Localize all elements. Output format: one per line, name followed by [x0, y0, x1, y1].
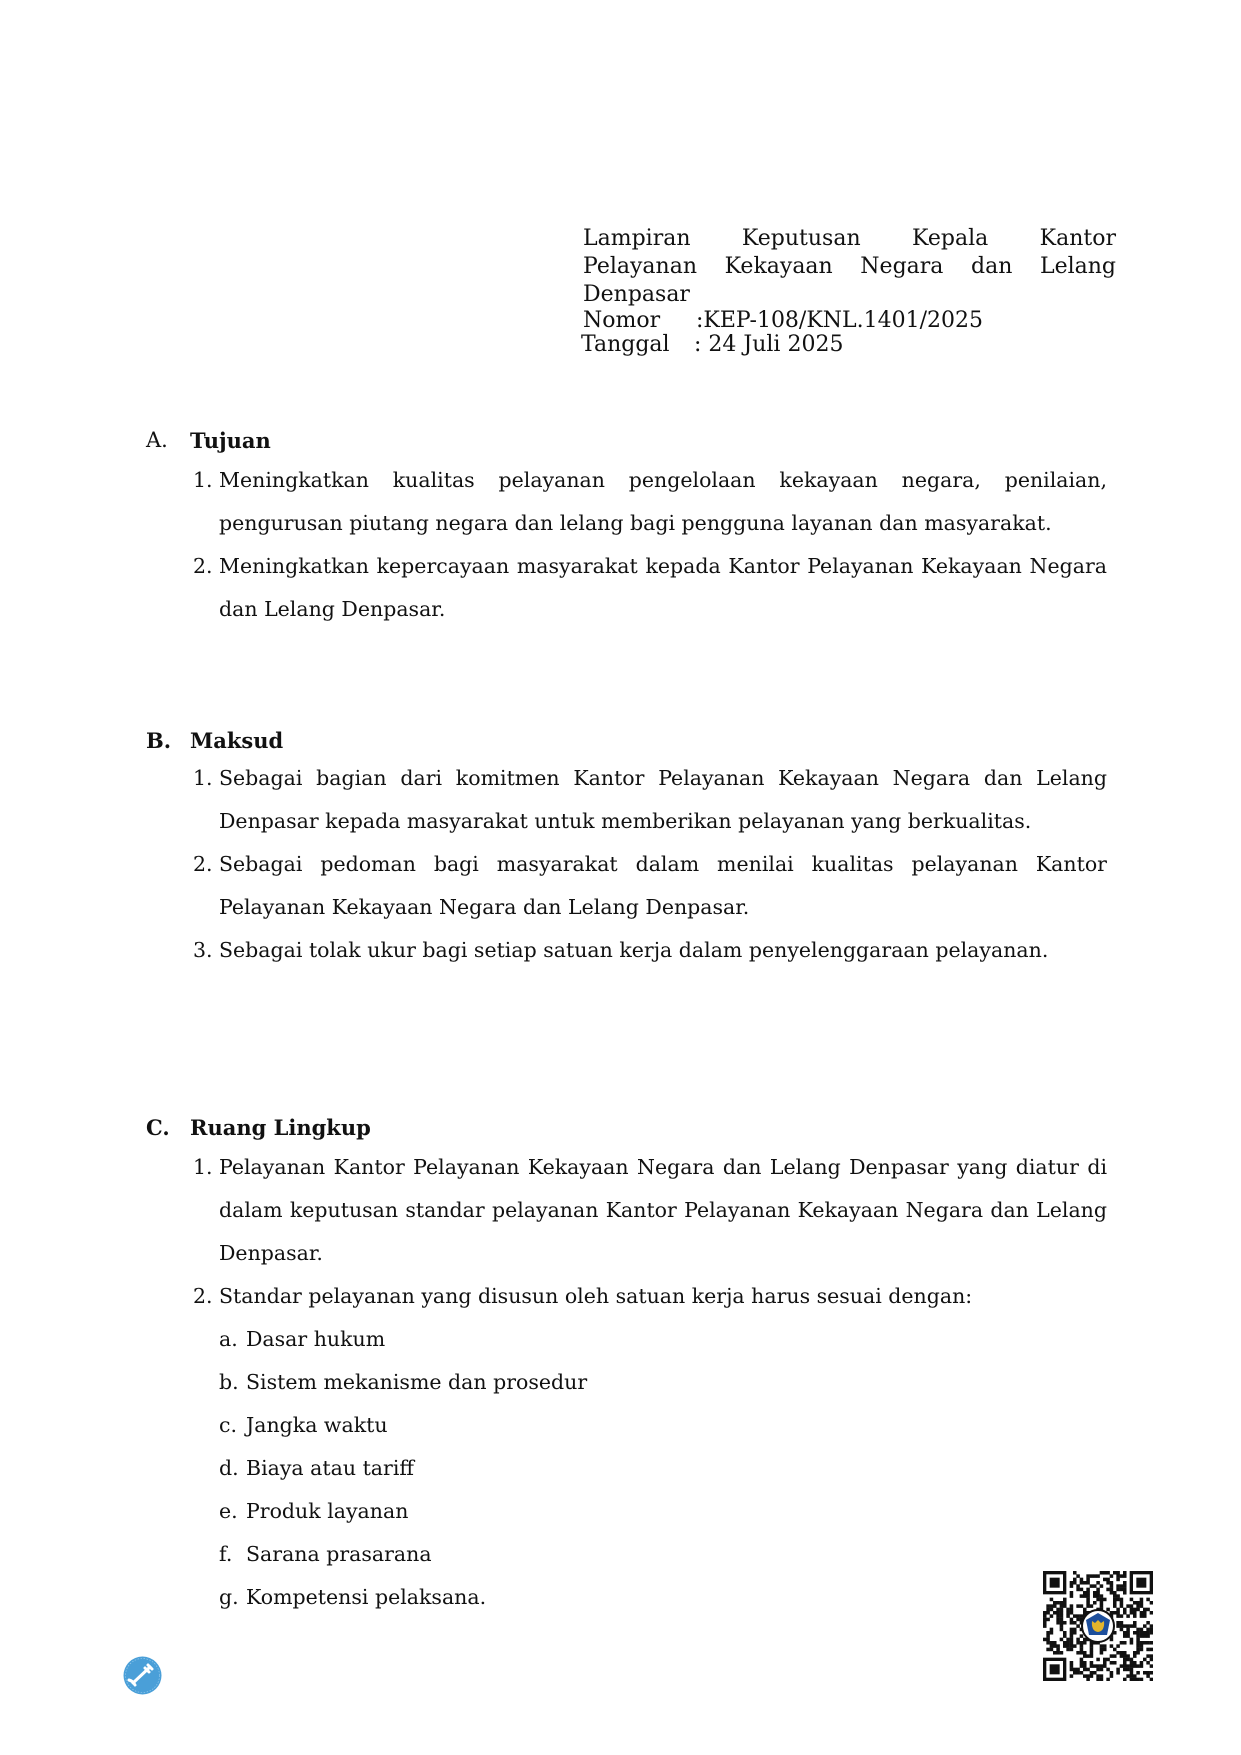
sub-item-letter: f.	[219, 1533, 246, 1576]
sub-item-text: Kompetensi pelaksana.	[246, 1576, 486, 1619]
header-line-2: Pelayanan Kekayaan Negara dan Lelang	[583, 253, 1116, 281]
list-item: 2. Standar pelayanan yang disusun oleh s…	[193, 1275, 1107, 1318]
qr-code-icon	[1043, 1571, 1153, 1681]
item-text: Meningkatkan kepercayaan masyarakat kepa…	[219, 545, 1107, 631]
item-number: 2.	[193, 545, 219, 631]
sub-item-text: Jangka waktu	[246, 1404, 388, 1447]
sub-item-text: Produk layanan	[246, 1490, 408, 1533]
document-page: Lampiran Keputusan Kepala Kantor Pelayan…	[0, 0, 1241, 1755]
list-item: 1. Meningkatkan kualitas pelayanan penge…	[193, 459, 1107, 545]
item-number: 3.	[193, 929, 219, 972]
sub-item-letter: e.	[219, 1490, 246, 1533]
item-number: 2.	[193, 1275, 219, 1318]
tanggal-label: Tanggal	[581, 333, 694, 357]
item-number: 1.	[193, 1146, 219, 1275]
section-items: 1. Pelayanan Kantor Pelayanan Kekayaan N…	[193, 1146, 1107, 1619]
sub-item-letter: d.	[219, 1447, 246, 1490]
sub-item-letter: g.	[219, 1576, 246, 1619]
item-text: Standar pelayanan yang disusun oleh satu…	[219, 1275, 1107, 1318]
item-number: 1.	[193, 757, 219, 843]
item-text: Sebagai bagian dari komitmen Kantor Pela…	[219, 757, 1107, 843]
sub-list-item: c. Jangka waktu	[219, 1404, 1107, 1447]
list-item: 1. Pelayanan Kantor Pelayanan Kekayaan N…	[193, 1146, 1107, 1275]
section-heading: C. Ruang Lingkup	[146, 1112, 1108, 1142]
section-items: 1. Meningkatkan kualitas pelayanan penge…	[193, 459, 1107, 631]
header-line-1: Lampiran Keputusan Kepala Kantor	[583, 225, 1116, 253]
sub-list-item: b. Sistem mekanisme dan prosedur	[219, 1361, 1107, 1404]
header-line-3: Denpasar	[583, 281, 1116, 309]
tanggal-row: Tanggal : 24 Juli 2025	[581, 333, 1116, 357]
list-item: 3. Sebagai tolak ukur bagi setiap satuan…	[193, 929, 1107, 972]
sub-list-item: d. Biaya atau tariff	[219, 1447, 1107, 1490]
list-item: 2. Meningkatkan kepercayaan masyarakat k…	[193, 545, 1107, 631]
sub-list-item: e. Produk layanan	[219, 1490, 1107, 1533]
nomor-row: Nomor :KEP-108/KNL.1401/2025	[583, 309, 1116, 333]
section-letter: B.	[146, 728, 190, 753]
section-title: Tujuan	[190, 428, 271, 453]
sub-item-text: Dasar hukum	[246, 1318, 385, 1361]
sub-item-text: Sarana prasarana	[246, 1533, 432, 1576]
sub-item-letter: c.	[219, 1404, 246, 1447]
section-title: Maksud	[190, 728, 283, 753]
item-number: 1.	[193, 459, 219, 545]
list-item: 2. Sebagai pedoman bagi masyarakat dalam…	[193, 843, 1107, 929]
section-letter: C.	[146, 1115, 190, 1140]
attachment-header: Lampiran Keputusan Kepala Kantor Pelayan…	[583, 225, 1116, 357]
item-text: Pelayanan Kantor Pelayanan Kekayaan Nega…	[219, 1146, 1107, 1275]
sub-list-item: a. Dasar hukum	[219, 1318, 1107, 1361]
item-text: Meningkatkan kualitas pelayanan pengelol…	[219, 459, 1107, 545]
section-maksud: B. Maksud 1. Sebagai bagian dari komitme…	[146, 725, 1108, 972]
section-items: 1. Sebagai bagian dari komitmen Kantor P…	[193, 757, 1107, 972]
section-tujuan: A. Tujuan 1. Meningkatkan kualitas pelay…	[146, 425, 1108, 631]
item-text: Sebagai pedoman bagi masyarakat dalam me…	[219, 843, 1107, 929]
sub-list-item: f. Sarana prasarana	[219, 1533, 1107, 1576]
sub-list-item: g. Kompetensi pelaksana.	[219, 1576, 1107, 1619]
sub-item-text: Biaya atau tariff	[246, 1447, 414, 1490]
item-number: 2.	[193, 843, 219, 929]
list-item: 1. Sebagai bagian dari komitmen Kantor P…	[193, 757, 1107, 843]
sub-item-letter: a.	[219, 1318, 246, 1361]
sub-list: a. Dasar hukum b. Sistem mekanisme dan p…	[219, 1318, 1107, 1619]
key-icon[interactable]	[123, 1656, 162, 1695]
nomor-label: Nomor	[583, 309, 696, 333]
section-heading: A. Tujuan	[146, 425, 1108, 455]
section-ruang-lingkup: C. Ruang Lingkup 1. Pelayanan Kantor Pel…	[146, 1112, 1108, 1619]
tanggal-value: : 24 Juli 2025	[694, 333, 843, 357]
nomor-value: :KEP-108/KNL.1401/2025	[696, 309, 983, 333]
sub-item-text: Sistem mekanisme dan prosedur	[246, 1361, 587, 1404]
section-letter: A.	[146, 428, 190, 452]
item-text: Sebagai tolak ukur bagi setiap satuan ke…	[219, 929, 1107, 972]
section-heading: B. Maksud	[146, 725, 1108, 755]
section-title: Ruang Lingkup	[190, 1115, 371, 1140]
sub-item-letter: b.	[219, 1361, 246, 1404]
